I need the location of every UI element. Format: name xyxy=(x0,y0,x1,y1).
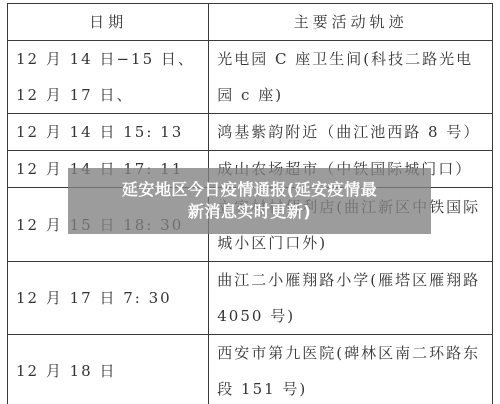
table-header-row: 日期 主要活动轨迹 xyxy=(8,4,493,41)
cell-track: 鸿基紫韵附近（曲江池西路 8 号） xyxy=(209,114,493,151)
cell-track: 西安市第九医院(碑林区南二环路东段 151 号) xyxy=(209,335,493,404)
overlay-title-line-2: 新消息实时更新) xyxy=(188,201,311,223)
header-track: 主要活动轨迹 xyxy=(209,4,493,41)
cell-date: 12 月 18 日 xyxy=(8,335,209,404)
cell-track: 曲江二小雁翔路小学(雁塔区雁翔路 4050 号) xyxy=(209,262,493,335)
cell-track: 光电园 C 座卫生间(科技二路光电园 c 座) xyxy=(209,41,493,114)
overlay-title-line-1: 延安地区今日疫情通报(延安疫情最 xyxy=(122,179,377,201)
header-date: 日期 xyxy=(8,4,209,41)
table-row: 12 月 17 日 7: 30 曲江二小雁翔路小学(雁塔区雁翔路 4050 号) xyxy=(8,262,493,335)
table-row: 12 月 18 日 西安市第九医院(碑林区南二环路东段 151 号) xyxy=(8,335,493,404)
table-row: 12 月 14 日 15: 13 鸿基紫韵附近（曲江池西路 8 号） xyxy=(8,114,493,151)
cell-date: 12 月 17 日 7: 30 xyxy=(8,262,209,335)
title-overlay-banner: 延安地区今日疫情通报(延安疫情最 新消息实时更新) xyxy=(68,168,431,234)
cell-date: 12 月 14 日 15: 13 xyxy=(8,114,209,151)
cell-date: 12 月 14 日−15 日、12 月 17 日、 xyxy=(8,41,209,114)
table-row: 12 月 14 日−15 日、12 月 17 日、 光电园 C 座卫生间(科技二… xyxy=(8,41,493,114)
